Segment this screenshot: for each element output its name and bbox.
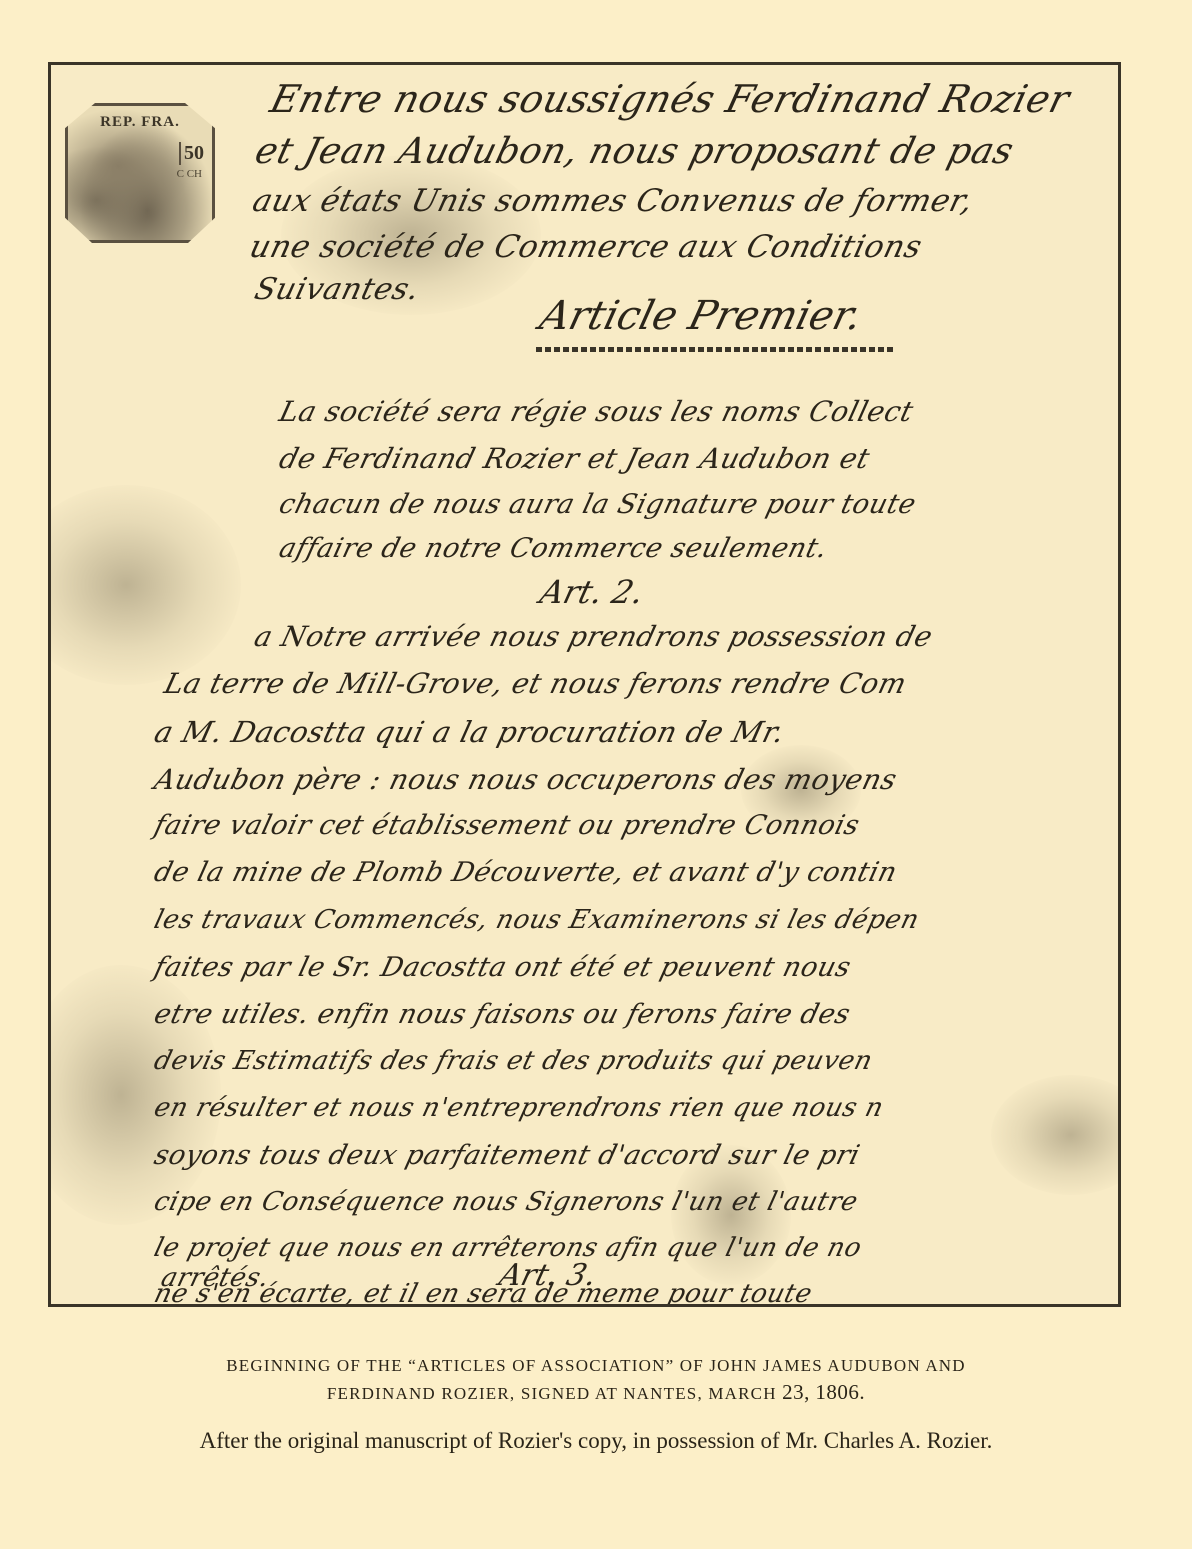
article-2-last-line: arrêtés. bbox=[158, 1263, 273, 1293]
caption-note-text: After the original manuscript of Rozier'… bbox=[156, 1427, 1036, 1455]
plate-caption-note: After the original manuscript of Rozier'… bbox=[0, 1427, 1192, 1455]
article-1-line: La société sera régie sous les noms Coll… bbox=[276, 395, 917, 428]
article-1-line: affaire de notre Commerce seulement. bbox=[276, 533, 831, 564]
caption-title-line-2-text: Ferdinand Rozier, signed at Nantes, Marc… bbox=[327, 1384, 782, 1403]
article-3-heading: Art. 3. bbox=[496, 1258, 600, 1293]
article-2-line: a M. Dacostta qui a la procuration de Mr… bbox=[151, 715, 788, 749]
preamble-line: Entre nous soussignés Ferdinand Rozier bbox=[266, 77, 1074, 121]
stain bbox=[48, 485, 241, 685]
preamble-line: et Jean Audubon, nous proposant de pas bbox=[251, 131, 1018, 172]
article-2-line: faites par le Sr. Dacostta ont été et pe… bbox=[151, 952, 854, 983]
article-2-line: de la mine de Plomb Découverte, et avant… bbox=[151, 857, 900, 888]
article-2-line: soyons tous deux parfaitement d'accord s… bbox=[151, 1140, 863, 1171]
article-2-line: faire valoir cet établissement ou prendr… bbox=[151, 810, 863, 841]
stamp-value: 50 bbox=[179, 142, 204, 165]
revenue-stamp: REP. FRA. 50 C CH bbox=[65, 103, 215, 243]
article-2-line: etre utiles. enfin nous faisons ou feron… bbox=[151, 999, 854, 1030]
article-1-line: chacun de nous aura la Signature pour to… bbox=[276, 489, 919, 520]
article-2-line: La terre de Mill-Grove, et nous ferons r… bbox=[161, 667, 910, 700]
caption-date-day: 23, bbox=[782, 1380, 810, 1404]
preamble-line: aux états Unis sommes Convenus de former… bbox=[249, 183, 977, 219]
manuscript-plate: REP. FRA. 50 C CH Entre nous soussignés … bbox=[48, 62, 1121, 1307]
preamble-line: Suivantes. bbox=[251, 272, 423, 307]
preamble-line: une société de Commerce aux Conditions bbox=[246, 229, 926, 265]
caption-title-line-2: Ferdinand Rozier, signed at Nantes, Marc… bbox=[0, 1379, 1192, 1407]
decorative-underline bbox=[536, 347, 896, 352]
article-2-line: les travaux Commencés, nous Examinerons … bbox=[151, 905, 922, 935]
stamp-unit: C CH bbox=[177, 168, 202, 180]
article-2-line: a Notre arrivée nous prendrons possessio… bbox=[251, 620, 936, 653]
plate-caption-title: Beginning of the “Articles of Associatio… bbox=[0, 1352, 1192, 1407]
article-2-line: cipe en Conséquence nous Signerons l'un … bbox=[151, 1187, 861, 1217]
article-1-line: de Ferdinand Rozier et Jean Audubon et bbox=[276, 442, 873, 475]
caption-date-year: 1806. bbox=[815, 1380, 865, 1404]
caption-title-line-1: Beginning of the “Articles of Associatio… bbox=[0, 1352, 1192, 1379]
book-page: REP. FRA. 50 C CH Entre nous soussignés … bbox=[0, 0, 1192, 1549]
article-2-line: devis Estimatifs des frais et des produi… bbox=[151, 1046, 876, 1076]
article-2-line: Audubon père : nous nous occuperons des … bbox=[151, 763, 900, 796]
article-1-heading: Article Premier. bbox=[535, 293, 866, 339]
article-2-line: en résulter et nous n'entreprendrons rie… bbox=[151, 1093, 887, 1123]
stain bbox=[991, 1075, 1121, 1195]
stamp-country-text: REP. FRA. bbox=[68, 114, 212, 131]
article-2-heading: Art. 2. bbox=[536, 573, 648, 611]
